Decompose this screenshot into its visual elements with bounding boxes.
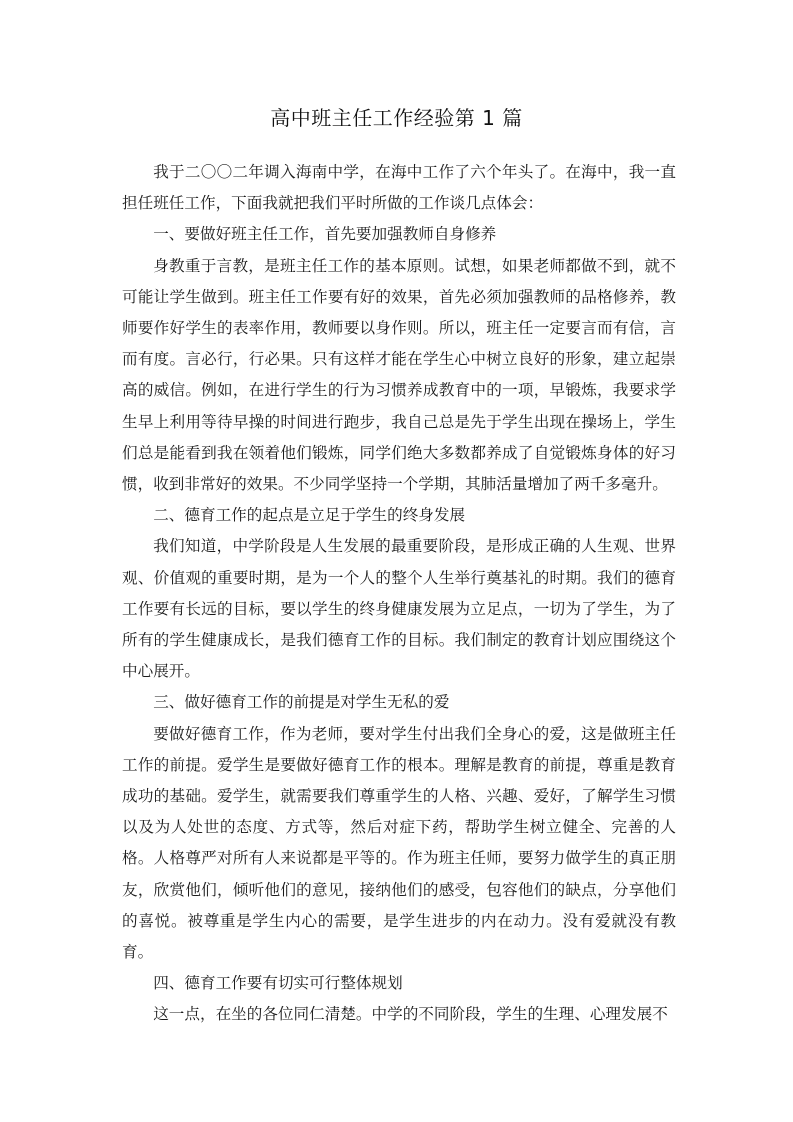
paragraph-section-1: 身教重于言教，是班主任工作的基本原则。试想，如果老师都做不到，就不可能让学生做到… [122, 251, 676, 501]
section-heading-4: 四、德育工作要有切实可行整体规划 [122, 968, 676, 999]
document-page: 高中班主任工作经验第 1 篇 我于二〇〇二年调入海南中学，在海中工作了六个年头了… [0, 0, 793, 1122]
paragraph-intro: 我于二〇〇二年调入海南中学，在海中工作了六个年头了。在海中，我一直担任班任工作，… [122, 157, 676, 219]
section-heading-1: 一、要做好班主任工作，首先要加强教师自身修养 [122, 219, 676, 250]
paragraph-section-2: 我们知道，中学阶段是人生发展的最重要阶段，是形成正确的人生观、世界观、价值观的重… [122, 531, 676, 687]
paragraph-section-4: 这一点，在坐的各位同仁清楚。中学的不同阶段，学生的生理、心理发展不 [122, 999, 676, 1030]
paragraph-section-3: 要做好德育工作，作为老师，要对学生付出我们全身心的爱，这是做班主任工作的前提。爱… [122, 719, 676, 969]
document-title: 高中班主任工作经验第 1 篇 [0, 104, 793, 132]
section-heading-3: 三、做好德育工作的前提是对学生无私的爱 [122, 687, 676, 718]
document-body: 我于二〇〇二年调入海南中学，在海中工作了六个年头了。在海中，我一直担任班任工作，… [122, 157, 676, 1031]
section-heading-2: 二、德育工作的起点是立足于学生的终身发展 [122, 500, 676, 531]
